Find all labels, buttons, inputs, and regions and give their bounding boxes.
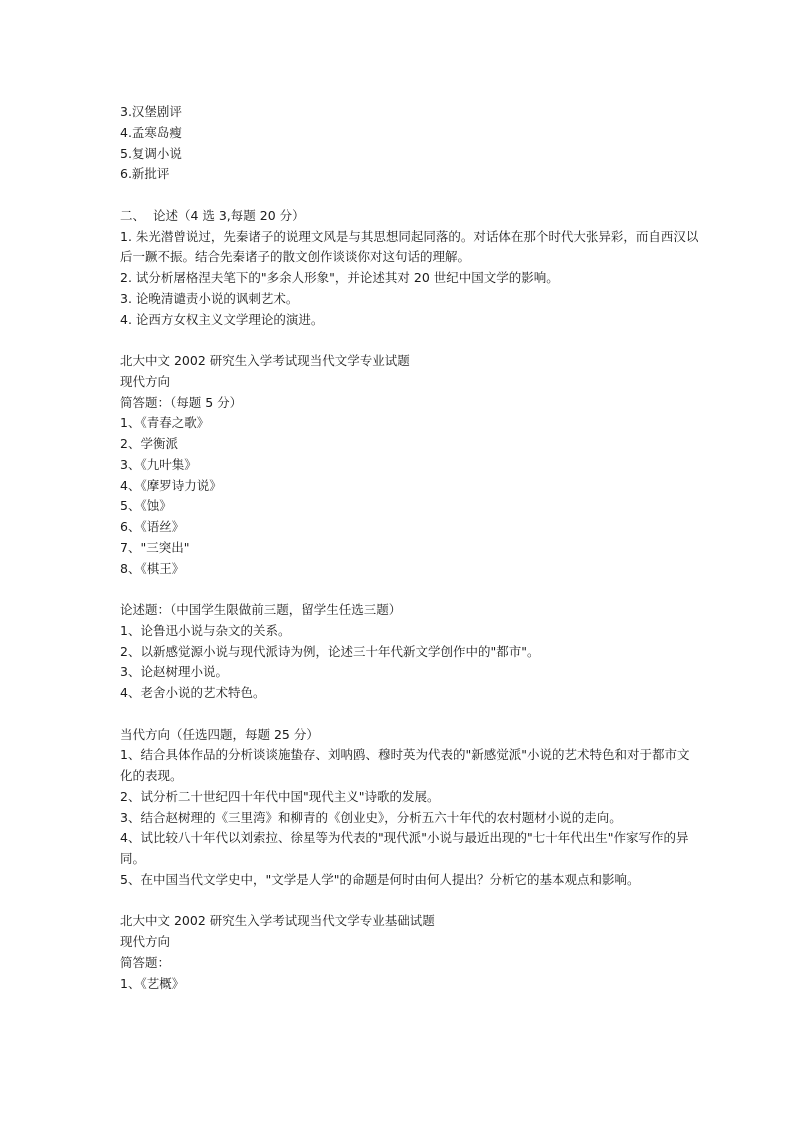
contemporary-item: 1、结合具体作品的分析谈谈施蛰存、刘呐鸥、穆时英为代表的"新感觉派"小说的艺术特… — [120, 745, 700, 787]
short-item: 8、《棋王》 — [120, 559, 700, 580]
contemporary-heading: 当代方向（任选四题，每题 25 分） — [120, 725, 700, 746]
essay-item: 1. 朱光潜曾说过，先秦诸子的说理文风是与其思想同起同落的。对话体在那个时代大张… — [120, 227, 700, 269]
spacer — [120, 185, 700, 206]
short-item: 4、《摩罗诗力说》 — [120, 476, 700, 497]
short-item: 7、"三突出" — [120, 538, 700, 559]
direction-label: 现代方向 — [120, 932, 700, 953]
essay-item: 3. 论晚清谴责小说的讽刺艺术。 — [120, 289, 700, 310]
spacer — [120, 330, 700, 351]
essay-item: 3、论赵树理小说。 — [120, 662, 700, 683]
term-item: 3.汉堡剧评 — [120, 102, 700, 123]
document-page: 3.汉堡剧评 4.孟寒岛瘦 5.复调小说 6.新批评 二、 论述（4 选 3,每… — [120, 102, 700, 994]
short-item: 1、《青春之歌》 — [120, 413, 700, 434]
exam-2002-section: 北大中文 2002 研究生入学考试现当代文学专业试题 现代方向 简答题：（每题 … — [120, 351, 700, 891]
term-item: 5.复调小说 — [120, 144, 700, 165]
contemporary-item: 3、结合赵树理的《三里湾》和柳青的《创业史》，分析五六十年代的农村题材小说的走向… — [120, 808, 700, 829]
term-item: 6.新批评 — [120, 164, 700, 185]
essay-section: 二、 论述（4 选 3,每题 20 分） 1. 朱光潜曾说过，先秦诸子的说理文风… — [120, 206, 700, 331]
direction-label: 现代方向 — [120, 372, 700, 393]
exam-2002-basic-section: 北大中文 2002 研究生入学考试现当代文学专业基础试题 现代方向 简答题： 1… — [120, 911, 700, 994]
short-item: 3、《九叶集》 — [120, 455, 700, 476]
contemporary-item: 2、试分析二十世纪四十年代中国"现代主义"诗歌的发展。 — [120, 787, 700, 808]
spacer — [120, 891, 700, 912]
exam-title: 北大中文 2002 研究生入学考试现当代文学专业试题 — [120, 351, 700, 372]
essay-item: 4. 论西方女权主义文学理论的演进。 — [120, 310, 700, 331]
term-item: 4.孟寒岛瘦 — [120, 123, 700, 144]
contemporary-item: 5、在中国当代文学史中，"文学是人学"的命题是何时由何人提出？分析它的基本观点和… — [120, 870, 700, 891]
short-answer-heading: 简答题：（每题 5 分） — [120, 393, 700, 414]
essay-heading: 论述题：（中国学生限做前三题，留学生任选三题） — [120, 600, 700, 621]
essay-item: 1、论鲁迅小说与杂文的关系。 — [120, 621, 700, 642]
spacer — [120, 704, 700, 725]
section-heading: 二、 论述（4 选 3,每题 20 分） — [120, 206, 700, 227]
short-item: 2、学衡派 — [120, 434, 700, 455]
exam-title: 北大中文 2002 研究生入学考试现当代文学专业基础试题 — [120, 911, 700, 932]
short-item: 1、《艺概》 — [120, 974, 700, 995]
terms-list-tail: 3.汉堡剧评 4.孟寒岛瘦 5.复调小说 6.新批评 — [120, 102, 700, 185]
essay-item: 2、以新感觉源小说与现代派诗为例，论述三十年代新文学创作中的"都市"。 — [120, 642, 700, 663]
essay-item: 4、老舍小说的艺术特色。 — [120, 683, 700, 704]
short-item: 5、《蚀》 — [120, 496, 700, 517]
short-item: 6、《语丝》 — [120, 517, 700, 538]
spacer — [120, 579, 700, 600]
short-answer-heading: 简答题： — [120, 953, 700, 974]
essay-item: 2. 试分析屠格涅夫笔下的"多余人形象"，并论述其对 20 世纪中国文学的影响。 — [120, 268, 700, 289]
contemporary-item: 4、试比较八十年代以刘索拉、徐星等为代表的"现代派"小说与最近出现的"七十年代出… — [120, 828, 700, 870]
